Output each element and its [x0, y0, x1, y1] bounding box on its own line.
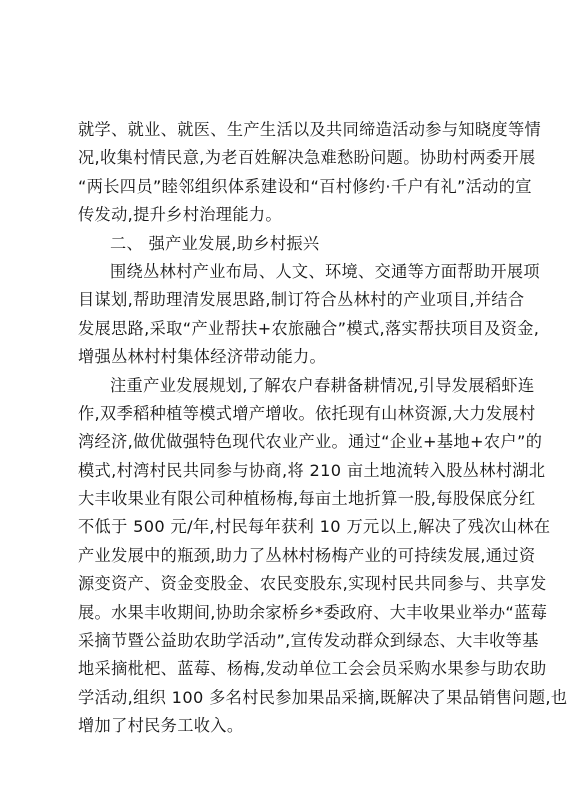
paragraph-line: 展。水果丰收期间,协助余家桥乡*委政府、大丰收果业举办“蓝莓	[78, 599, 498, 627]
paragraph-line: 注重产业发展规划,了解农户春耕备耕情况,引导发展稻虾连	[78, 372, 498, 400]
paragraph-line: 学活动,组织 100 多名村民参加果品采摘,既解决了果品销售问题,也	[78, 684, 498, 712]
paragraph-line: 增加了村民务工收入。	[78, 712, 498, 740]
paragraph-line: 作,双季稻种植等模式增产增收。依托现有山林资源,大力发展村	[78, 400, 498, 428]
body-text: 就学、就业、就医、生产生活以及共同缔造活动参与知晓度等情 况,收集村情民意,为老…	[78, 116, 498, 741]
document-page: 就学、就业、就医、生产生活以及共同缔造活动参与知晓度等情 况,收集村情民意,为老…	[0, 0, 570, 807]
paragraph-line: 不低于 500 元/年,村民每年获利 10 万元以上,解决了残次山林在	[78, 513, 498, 541]
paragraph-line: 就学、就业、就医、生产生活以及共同缔造活动参与知晓度等情	[78, 116, 498, 144]
paragraph-line: 围绕丛林村产业布局、人文、环境、交通等方面帮助开展项	[78, 258, 498, 286]
paragraph-line: 产业发展中的瓶颈,助力了丛林村杨梅产业的可持续发展,通过资	[78, 542, 498, 570]
paragraph-line: 地采摘枇杷、蓝莓、杨梅,发动单位工会会员采购水果参与助农助	[78, 655, 498, 683]
paragraph-line: “两长四员”睦邻组织体系建设和“百村修约·千户有礼”活动的宣	[78, 173, 498, 201]
paragraph-line: 传发动,提升乡村治理能力。	[78, 201, 498, 229]
paragraph-line: 采摘节暨公益助农助学活动”,宣传发动群众到绿态、大丰收等基	[78, 627, 498, 655]
section-heading: 二、 强产业发展,助乡村振兴	[78, 230, 498, 258]
paragraph-line: 况,收集村情民意,为老百姓解决急难愁盼问题。协助村两委开展	[78, 144, 498, 172]
paragraph-line: 发展思路,采取“产业帮扶+农旅融合”模式,落实帮扶项目及资金,	[78, 315, 498, 343]
paragraph-line: 增强丛林村村集体经济带动能力。	[78, 343, 498, 371]
paragraph-line: 湾经济,做优做强特色现代农业产业。通过“企业+基地+农户”的	[78, 428, 498, 456]
paragraph-line: 大丰收果业有限公司种植杨梅,每亩土地折算一股,每股保底分红	[78, 485, 498, 513]
paragraph-line: 源变资产、资金变股金、农民变股东,实现村民共同参与、共享发	[78, 570, 498, 598]
paragraph-line: 目谋划,帮助理清发展思路,制订符合丛林村的产业项目,并结合	[78, 286, 498, 314]
paragraph-line: 模式,村湾村民共同参与协商,将 210 亩土地流转入股丛林村湖北	[78, 457, 498, 485]
